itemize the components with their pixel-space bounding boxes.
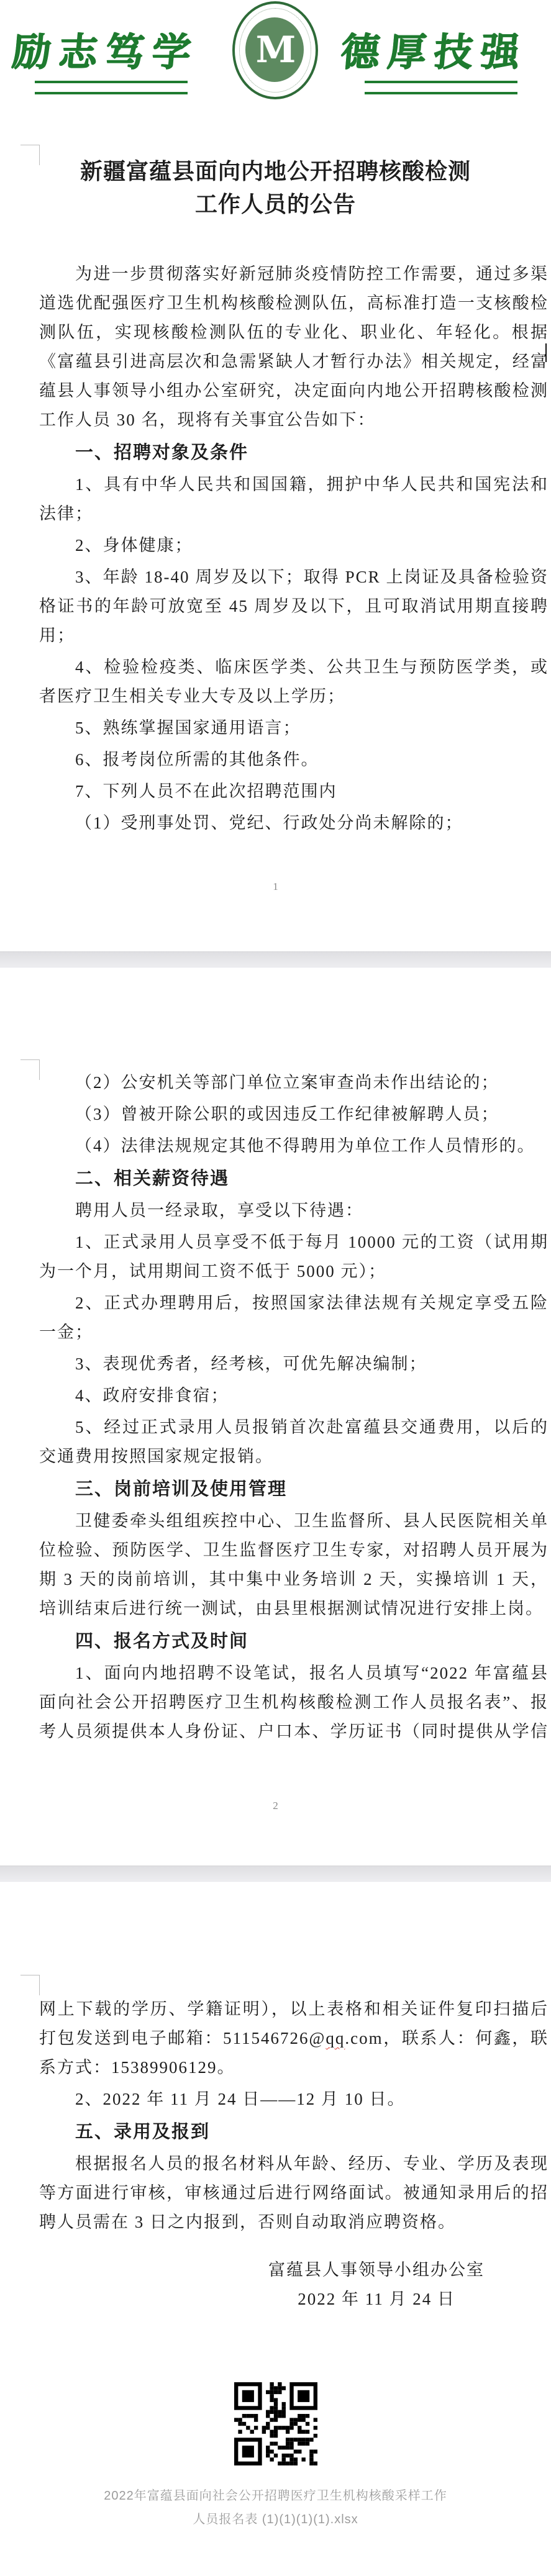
margin-corner-mark — [20, 145, 40, 165]
condition-item: 2、身体健康； — [39, 531, 549, 560]
banner-left-motto: 励志笃学 — [10, 21, 201, 76]
salary-item: 1、正式录用人员享受不低于每月 10000 元的工资（试用期为一个月，试用期间工… — [39, 1228, 549, 1286]
margin-corner-mark — [20, 1975, 40, 1995]
attachment-caption: 2022年富蕴县面向社会公开招聘医疗卫生机构核酸采样工作 人员报名表 (1)(1… — [0, 2484, 551, 2531]
condition-item: 5、熟练掌握国家通用语言； — [39, 714, 549, 743]
condition-item: 7、下列人员不在此次招聘范围内 — [39, 777, 549, 806]
page-separator — [0, 951, 551, 968]
section-heading-1: 一、招聘对象及条件 — [39, 438, 549, 468]
section-heading-4: 四、报名方式及时间 — [39, 1627, 549, 1656]
page1-body: 为进一步贯彻落实好新冠肺炎疫情防控工作需要，通过多渠道选优配强医疗卫生机构核酸检… — [39, 260, 549, 838]
email-tld: .com — [345, 2029, 383, 2048]
attachment-caption-line1: 2022年富蕴县面向社会公开招聘医疗卫生机构核酸采样工作 — [0, 2484, 551, 2508]
condition-item: 3、年龄 18-40 周岁及以下；取得 PCR 上岗证及具备检验资格证书的年龄可… — [39, 563, 549, 650]
condition-subitem: （3）曾被开除公职的或因违反工作纪律被解聘人员； — [39, 1100, 549, 1129]
condition-subitem: （2）公安机关等部门单位立案审查尚未作出结论的； — [39, 1068, 549, 1097]
section-heading-3: 三、岗前培训及使用管理 — [39, 1475, 549, 1504]
condition-subitem: （1）受刑事处罚、党纪、行政处分尚未解除的； — [39, 809, 549, 838]
section-heading-2: 二、相关薪资待遇 — [39, 1164, 549, 1194]
condition-item: 6、报考岗位所需的其他条件。 — [39, 745, 549, 774]
college-emblem-icon: M — [232, 1, 318, 99]
apply-item-2: 2、2022 年 11 月 24 日——12 月 10 日。 — [39, 2085, 549, 2114]
apply-item-part1: 1、面向内地招聘不设笔试，报名人员填写“2022 年富蕴县面向社会公开招聘医疗卫… — [39, 1659, 549, 1746]
issuing-office-signature: 富蕴县人事领导小组办公室 — [0, 2256, 551, 2285]
school-banner: 励志笃学 M 德厚技强 — [0, 0, 551, 130]
intro-paragraph: 为进一步贯彻落实好新冠肺炎疫情防控工作需要，通过多渠道选优配强医疗卫生机构核酸检… — [39, 260, 549, 435]
section-heading-5: 五、录用及报到 — [39, 2118, 549, 2147]
qr-code — [234, 2382, 317, 2465]
emblem-m-letter: M — [256, 32, 293, 68]
document-page-3: 网上下载的学历、学籍证明），以上表格和相关证件复印扫描后打包发送到电子邮箱：51… — [0, 1882, 551, 2576]
email-address: 511546726@ — [223, 2029, 326, 2048]
salary-item: 4、政府安排食宿； — [39, 1381, 549, 1410]
qr-code-image — [234, 2382, 317, 2465]
title-line-2: 工作人员的公告 — [0, 188, 551, 221]
salary-item: 5、经过正式录用人员报销首次赴富蕴县交通费用，以后的交通费用按照国家规定报销。 — [39, 1413, 549, 1471]
margin-corner-mark — [20, 1059, 40, 1080]
page-number-2: 2 — [0, 1800, 551, 1812]
right-motto-underline — [365, 81, 517, 94]
salary-item: 3、表现优秀者，经考核，可优先解决编制； — [39, 1349, 549, 1379]
condition-item: 4、检验检疫类、临床医学类、公共卫生与预防医学类，或者医疗卫生相关专业大专及以上… — [39, 653, 549, 711]
condition-item: 1、具有中华人民共和国国籍，拥护中华人民共和国宪法和法律； — [39, 470, 549, 528]
document-page-2: （2）公安机关等部门单位立案审查尚未作出结论的； （3）曾被开除公职的或因违反工… — [0, 968, 551, 1866]
training-paragraph: 卫健委牵头组组疾控中心、卫生监督所、县人民医院相关单位检验、预防医学、卫生监督医… — [39, 1507, 549, 1623]
banner-right-motto: 德厚技强 — [339, 21, 530, 76]
salary-intro: 聘用人员一经录取，享受以下待遇： — [39, 1196, 549, 1225]
issue-date: 2022 年 11 月 24 日 — [0, 2285, 551, 2314]
document-title: 新疆富蕴县面向内地公开招聘核酸检测 工作人员的公告 — [0, 130, 551, 221]
text-cursor — [545, 343, 547, 362]
page-number-1: 1 — [0, 881, 551, 893]
condition-subitem: （4）法律法规规定其他不得聘用为单位工作人员情形的。 — [39, 1132, 549, 1161]
document-page-1: 新疆富蕴县面向内地公开招聘核酸检测 工作人员的公告 为进一步贯彻落实好新冠肺炎疫… — [0, 130, 551, 951]
title-line-1: 新疆富蕴县面向内地公开招聘核酸检测 — [0, 155, 551, 188]
apply-item-part2: 网上下载的学历、学籍证明），以上表格和相关证件复印扫描后打包发送到电子邮箱：51… — [39, 1995, 549, 2082]
page3-body: 网上下载的学历、学籍证明），以上表格和相关证件复印扫描后打包发送到电子邮箱：51… — [39, 1882, 549, 2237]
document-viewer: 励志笃学 M 德厚技强 新疆富蕴县面向内地公开招聘核酸检测 工作人员的公告 为进… — [0, 0, 551, 2576]
page2-body: （2）公安机关等部门单位立案审查尚未作出结论的； （3）曾被开除公职的或因违反工… — [39, 968, 549, 1746]
page-separator — [0, 1866, 551, 1882]
salary-item: 2、正式办理聘用后，按照国家法律法规有关规定享受五险一金； — [39, 1289, 549, 1347]
left-motto-underline — [35, 81, 188, 94]
email-domain-spellcheck: qq — [326, 2029, 345, 2048]
emblem-core: M — [245, 17, 304, 82]
attachment-caption-line2: 人员报名表 (1)(1)(1)(1).xlsx — [0, 2508, 551, 2531]
hire-paragraph: 根据报名人员的报名材料从年龄、经历、专业、学历及表现等方面进行审核，审核通过后进… — [39, 2149, 549, 2237]
